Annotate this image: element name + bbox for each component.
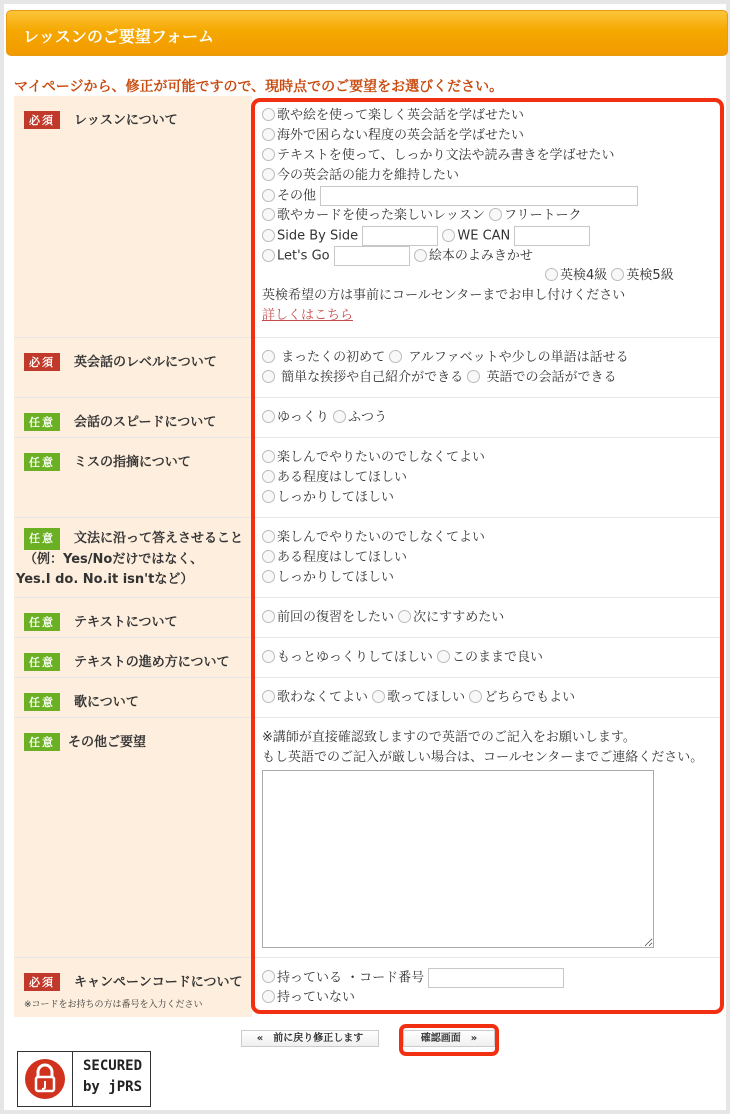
row-pace: 任意テキストの進め方について もっとゆっくりしてほしい このままで良い [14,637,722,677]
radio-pace-1[interactable] [437,650,450,663]
radio-songs-0[interactable] [262,690,275,703]
radio-side-by-side[interactable] [262,229,275,242]
radio-level-3[interactable] [467,370,480,383]
we-can-input[interactable] [514,226,590,246]
row-lesson: 必須レッスンについて 歌や絵を使って楽しく英会話を学ばせたい 海外で困らない程度… [14,96,722,337]
optional-badge: 任意 [24,733,60,751]
radio-level-0[interactable] [262,350,275,363]
radio-campaign-none[interactable] [262,990,275,1003]
radio-speed-0[interactable] [262,410,275,423]
radio-lesson-5[interactable] [262,208,275,221]
optional-badge: 任意 [24,693,60,711]
campaign-code-input[interactable] [428,968,564,988]
radio-lesson-3[interactable] [262,168,275,181]
row-other: 任意その他ご要望 ※講師が直接確認致しますので英語でのご記入をお願いします。 も… [14,717,722,957]
radio-text-1[interactable] [398,610,411,623]
radio-mistakes-1[interactable] [262,470,275,483]
form-header: レッスンのご要望フォーム [6,10,728,56]
radio-eiken-5[interactable] [611,268,624,281]
radio-text-0[interactable] [262,610,275,623]
eiken-note: 英検希望の方は事前にコールセンターまでお申し付けください [262,286,722,306]
other-requests-textarea[interactable] [262,770,654,948]
radio-eiken-4[interactable] [545,268,558,281]
radio-lets-go[interactable] [262,249,275,262]
radio-lesson-6[interactable] [489,208,502,221]
radio-grammar-0[interactable] [262,530,275,543]
row-songs: 任意歌について 歌わなくてよい 歌ってほしい どちらでもよい [14,677,722,717]
optional-badge: 任意 [24,413,60,431]
radio-mistakes-2[interactable] [262,490,275,503]
required-badge: 必須 [24,111,60,129]
radio-grammar-1[interactable] [262,550,275,563]
optional-badge: 任意 [24,653,60,671]
optional-badge: 任意 [24,453,60,471]
lets-go-input[interactable] [334,246,410,266]
radio-level-2[interactable] [262,370,275,383]
radio-lesson-other[interactable] [262,189,275,202]
lesson-other-input[interactable] [320,186,638,206]
row-campaign: 必須キャンペーンコードについて ※コードをお持ちの方は番号を入力ください 持って… [14,957,722,1017]
request-form: 必須レッスンについて 歌や絵を使って楽しく英会話を学ばせたい 海外で困らない程度… [14,96,722,1017]
optional-badge: 任意 [24,613,60,631]
row-text: 任意テキストについて 前回の復習をしたい 次にすすめたい [14,597,722,637]
intro-text: マイページから、修正が可能ですので、現時点でのご要望をお選びください。 [14,76,503,96]
radio-level-1[interactable] [389,350,402,363]
row-label: レッスンについて [74,113,178,128]
details-link[interactable]: 詳しくはこちら [262,308,353,323]
radio-mistakes-0[interactable] [262,450,275,463]
optional-badge: 任意 [24,528,60,550]
side-by-side-input[interactable] [362,226,438,246]
row-speed: 任意会話のスピードについて ゆっくり ふつう [14,397,722,437]
row-level: 必須英会話のレベルについて まったくの初めて アルファベットや少しの単語は話せる… [14,337,722,397]
radio-campaign-have[interactable] [262,970,275,983]
radio-we-can[interactable] [442,229,455,242]
radio-lesson-0[interactable] [262,108,275,121]
radio-lesson-1[interactable] [262,128,275,141]
jprs-seal: SECURED by jPRS [17,1051,151,1107]
radio-songs-2[interactable] [469,690,482,703]
radio-pace-0[interactable] [262,650,275,663]
radio-lesson-2[interactable] [262,148,275,161]
required-badge: 必須 [24,353,60,371]
radio-speed-1[interactable] [333,410,346,423]
required-badge: 必須 [24,973,60,991]
radio-picture-book[interactable] [414,249,427,262]
lock-icon [24,1058,66,1100]
row-mistakes: 任意ミスの指摘について 楽しんでやりたいのでしなくてよい ある程度はしてほしい … [14,437,722,517]
radio-grammar-2[interactable] [262,570,275,583]
back-button[interactable]: « 前に戻り修正します [241,1030,379,1047]
row-grammar: 任意文法に沿って答えさせること （例：Yes/Noだけではなく、 Yes.I d… [14,517,722,597]
confirm-button[interactable]: 確認画面 » [403,1030,495,1047]
page: レッスンのご要望フォーム マイページから、修正が可能ですので、現時点でのご要望を… [4,4,726,1110]
radio-songs-1[interactable] [372,690,385,703]
